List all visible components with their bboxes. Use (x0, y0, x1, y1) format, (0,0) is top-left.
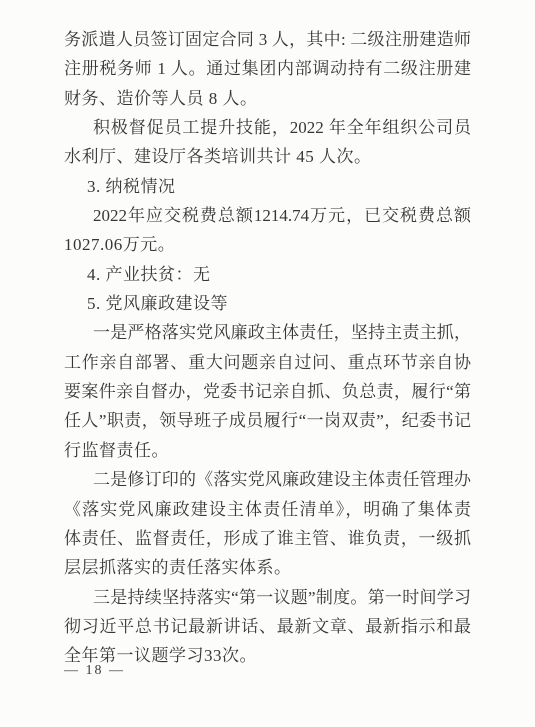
text-line: 4. 产业扶贫：无 (64, 260, 471, 289)
text-line: 要案件亲自督办，党委书记亲自抓、负总责，履行“第一责 (64, 377, 471, 406)
text-line: 《落实党风廉政建设主体责任清单》，明确了集体责任、主 (64, 495, 471, 524)
text-line: 层层抓落实的责任落实体系。 (64, 553, 471, 582)
text-line: 行监督责任。 (64, 436, 471, 465)
text-line: 彻习近平总书记最新讲话、最新文章、最新指示和最新要求， (64, 612, 471, 641)
text-line: 2022年应交税费总额1214.74万元，已交税费总额 (64, 201, 471, 230)
text-line: 全年第一议题学习33次。 (64, 641, 471, 670)
text-line: 积极督促员工提升技能，2022 年全年组织公司员工参加 (64, 113, 471, 142)
text-line: 3. 纳税情况 (64, 172, 471, 201)
document-page: 务派遣人员签订固定合同 3 人，其中: 二级注册建造师 2 人，注册税务师 1 … (0, 0, 535, 727)
text-line: 一是严格落实党风廉政主体责任，坚持主责主抓，重要 (64, 318, 471, 347)
text-line: 任人”职责，领导班子成员履行“一岗双责”，纪委书记履 (64, 406, 471, 435)
text-line: 务派遣人员签订固定合同 3 人，其中: 二级注册建造师 2 人， (64, 25, 471, 54)
text-line: 注册税务师 1 人。通过集团内部调动持有二级注册建造师、 (64, 54, 471, 83)
document-body: 务派遣人员签订固定合同 3 人，其中: 二级注册建造师 2 人，注册税务师 1 … (64, 25, 471, 671)
text-line: 二是修订印的《落实党风廉政建设主体责任管理办法》 (64, 465, 471, 494)
text-line: 体责任、监督责任，形成了谁主管、谁负责，一级抓一级、 (64, 524, 471, 553)
text-line: 三是持续坚持落实“第一议题”制度。第一时间学习贯 (64, 583, 471, 612)
text-line: 水利厅、建设厅各类培训共计 45 人次。 (64, 142, 471, 171)
text-line: 工作亲自部署、重大问题亲自过问、重点环节亲自协调、重 (64, 348, 471, 377)
page-number: — 18 — (64, 661, 125, 681)
text-line: 5. 党风廉政建设等 (64, 289, 471, 318)
text-line: 1027.06万元。 (64, 230, 471, 259)
text-line: 财务、造价等人员 8 人。 (64, 84, 471, 113)
